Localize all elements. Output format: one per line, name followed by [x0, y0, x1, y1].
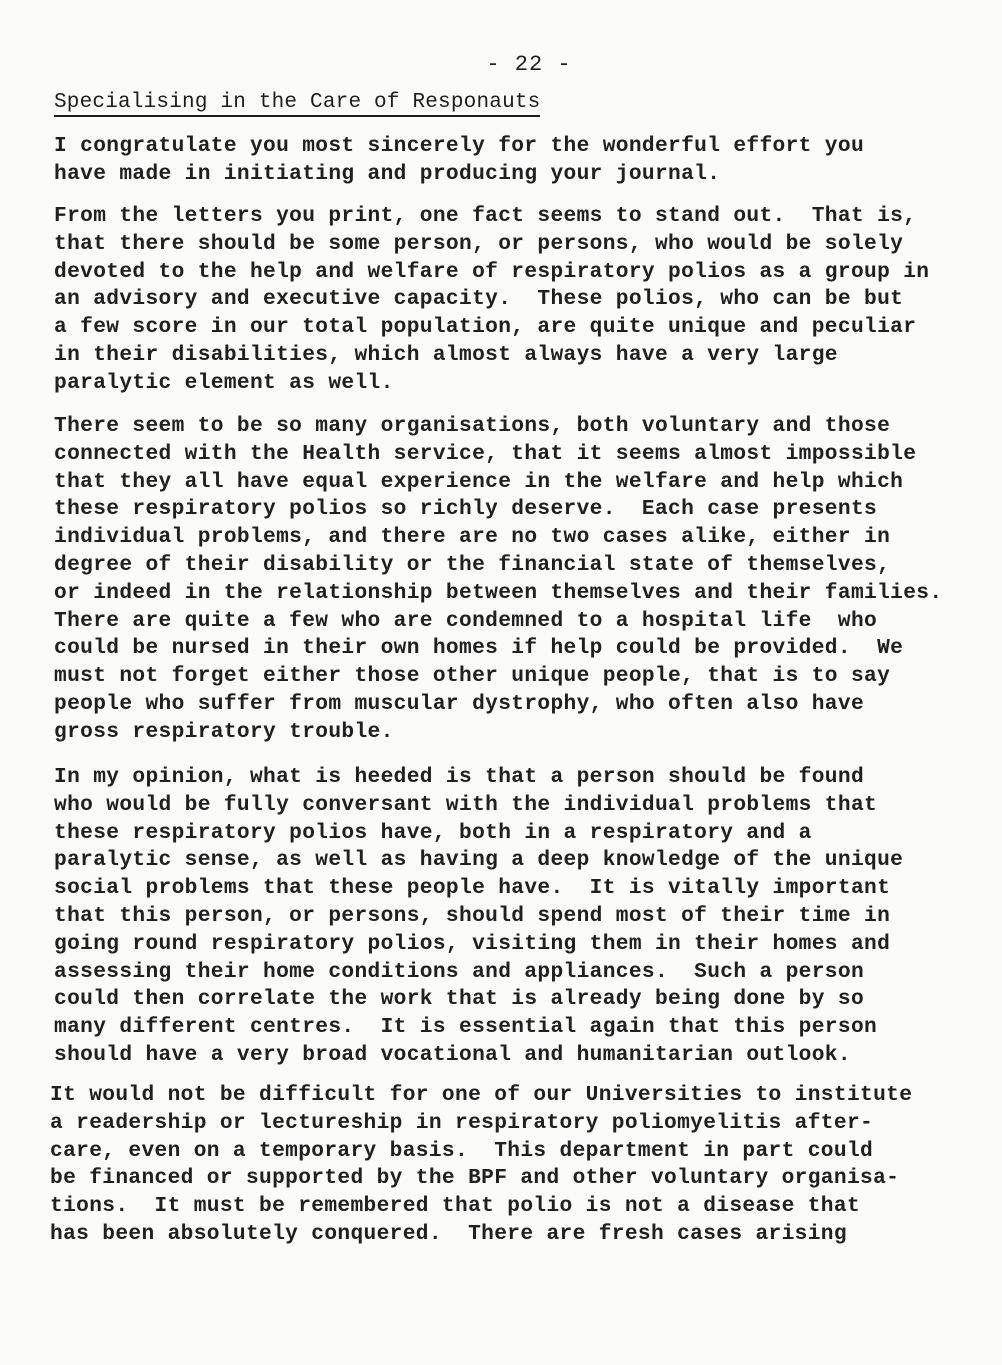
text-line: that this person, or persons, should spe… [54, 903, 903, 931]
text-line: many different centres. It is essential … [54, 1014, 903, 1042]
text-line: these respiratory polios have, both in a… [54, 820, 903, 848]
text-line: that they all have equal experience in t… [54, 469, 942, 497]
paragraph-organisations: There seem to be so many organisations, … [54, 413, 942, 747]
text-line: gross respiratory trouble. [54, 719, 942, 747]
text-line: From the letters you print, one fact see… [54, 203, 929, 231]
paragraph-opinion: In my opinion, what is heeded is that a … [54, 764, 903, 1070]
text-line: I congratulate you most sincerely for th… [54, 133, 864, 161]
text-line: individual problems, and there are no tw… [54, 524, 942, 552]
text-line: in their disabilities, which almost alwa… [54, 342, 929, 370]
text-line: assessing their home conditions and appl… [54, 959, 903, 987]
text-line: There are quite a few who are condemned … [54, 608, 942, 636]
text-line: or indeed in the relationship between th… [54, 580, 942, 608]
text-line: In my opinion, what is heeded is that a … [54, 764, 903, 792]
paragraph-congratulations: I congratulate you most sincerely for th… [54, 133, 864, 189]
text-line: an advisory and executive capacity. Thes… [54, 286, 929, 314]
text-line: a readership or lectureship in respirato… [50, 1110, 912, 1138]
text-line: tions. It must be remembered that polio … [50, 1193, 912, 1221]
text-line: could then correlate the work that is al… [54, 986, 903, 1014]
document-page: - 22 - Specialising in the Care of Respo… [0, 0, 1002, 1365]
text-line: a few score in our total population, are… [54, 314, 929, 342]
text-line: people who suffer from muscular dystroph… [54, 691, 942, 719]
text-line: these respiratory polios so richly deser… [54, 496, 942, 524]
text-line: degree of their disability or the financ… [54, 552, 942, 580]
text-line: could be nursed in their own homes if he… [54, 635, 942, 663]
page-number: - 22 - [0, 52, 1002, 77]
article-heading: Specialising in the Care of Responauts [54, 91, 540, 117]
text-line: be financed or supported by the BPF and … [50, 1165, 912, 1193]
text-line: devoted to the help and welfare of respi… [54, 259, 929, 287]
text-line: social problems that these people have. … [54, 875, 903, 903]
paragraph-letters: From the letters you print, one fact see… [54, 203, 929, 398]
text-line: should have a very broad vocational and … [54, 1042, 903, 1070]
text-line: going round respiratory polios, visiting… [54, 931, 903, 959]
text-line: It would not be difficult for one of our… [50, 1082, 912, 1110]
text-line: has been absolutely conquered. There are… [50, 1221, 912, 1249]
text-line: must not forget either those other uniqu… [54, 663, 942, 691]
paragraph-universities: It would not be difficult for one of our… [50, 1082, 912, 1249]
text-line: There seem to be so many organisations, … [54, 413, 942, 441]
text-line: have made in initiating and producing yo… [54, 161, 864, 189]
text-line: that there should be some person, or per… [54, 231, 929, 259]
text-line: care, even on a temporary basis. This de… [50, 1138, 912, 1166]
text-line: connected with the Health service, that … [54, 441, 942, 469]
text-line: paralytic sense, as well as having a dee… [54, 847, 903, 875]
text-line: paralytic element as well. [54, 370, 929, 398]
text-line: who would be fully conversant with the i… [54, 792, 903, 820]
